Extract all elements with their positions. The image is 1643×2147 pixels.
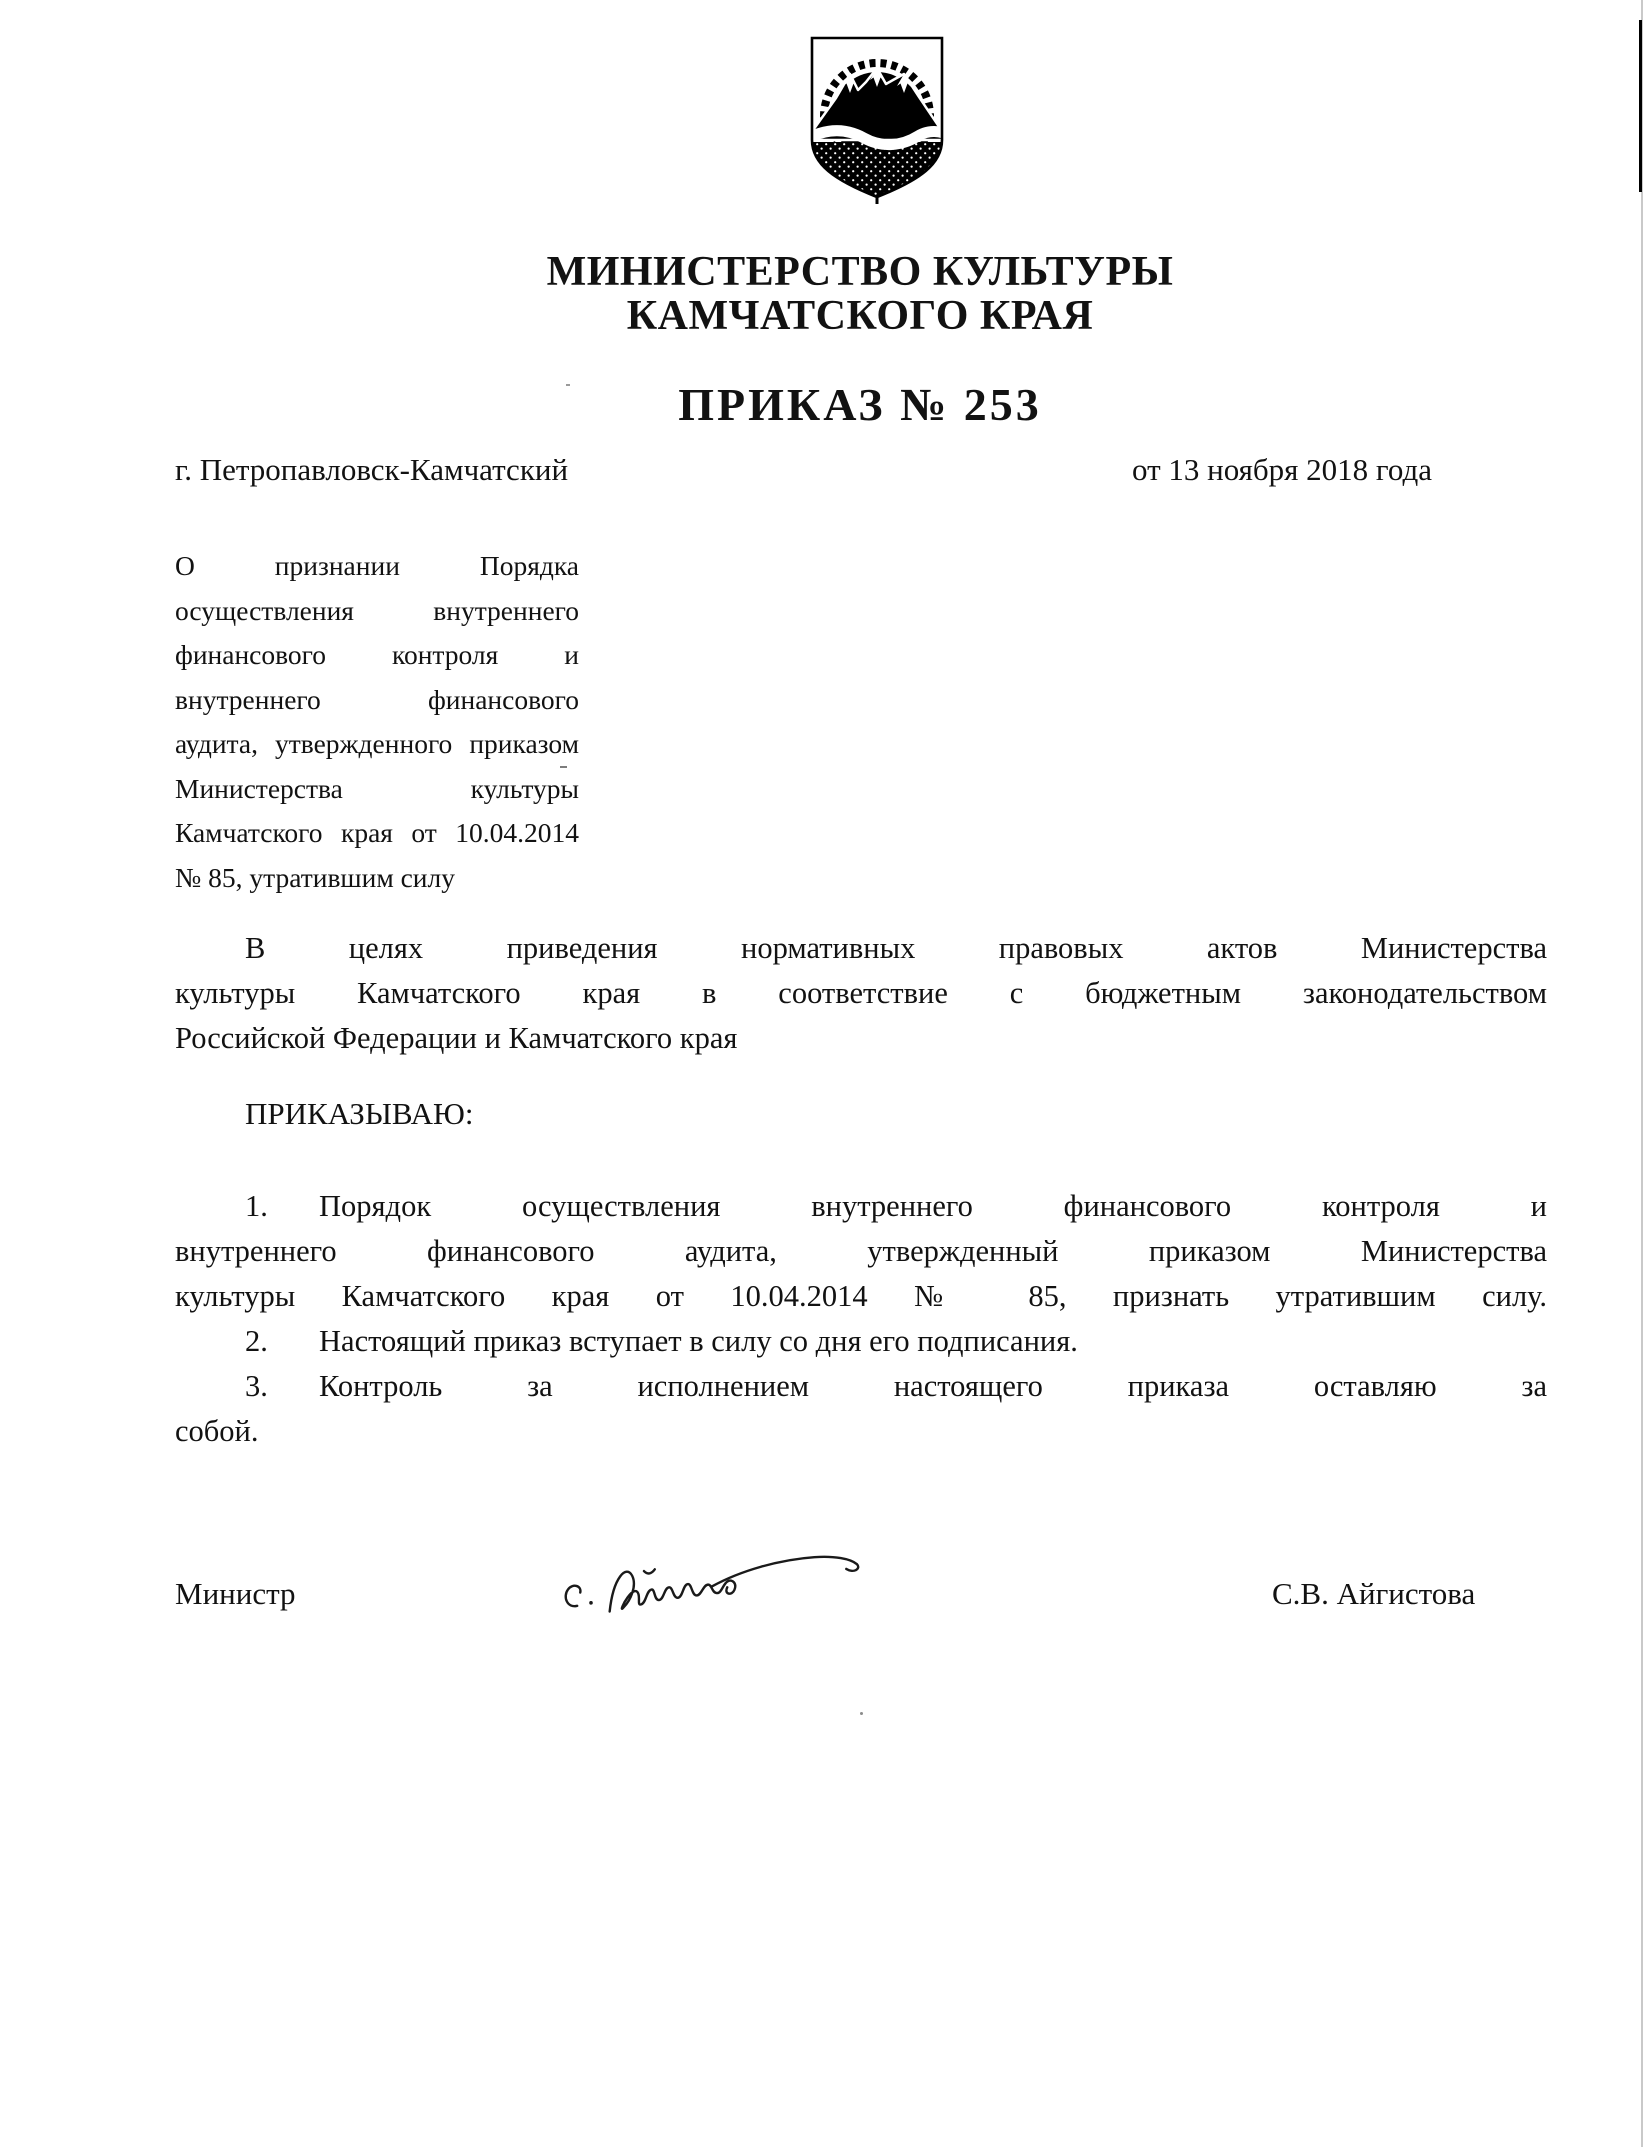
subject-line: осуществления внутреннего (175, 589, 579, 634)
signer-name: С.В. Айгистова (1272, 1576, 1475, 1612)
document-page: МИНИСТЕРСТВО КУЛЬТУРЫ КАМЧАТСКОГО КРАЯ П… (0, 0, 1643, 2147)
order-items: 1.Порядок осуществления внутреннего фина… (175, 1184, 1547, 1454)
handwritten-signature (549, 1521, 885, 1648)
item-number: 1. (245, 1184, 319, 1229)
issue-city: г. Петропавловск-Камчатский (175, 452, 568, 488)
scan-speck (860, 1712, 863, 1715)
order-item-2: 2.Настоящий приказ вступает в силу со дн… (175, 1319, 1547, 1364)
subject-line: Министерства культуры (175, 767, 579, 812)
ministry-title-line1: МИНИСТЕРСТВО КУЛЬТУРЫ (175, 250, 1545, 294)
order-subject: О признании Порядка осуществления внутре… (175, 544, 579, 900)
scan-speck (566, 384, 570, 386)
subject-line: аудита, утвержденного приказом (175, 722, 579, 767)
item-line: культуры Камчатского края от 10.04.2014 … (175, 1274, 1547, 1319)
issue-date: от 13 ноября 2018 года (1132, 452, 1432, 488)
item-number: 2. (245, 1319, 319, 1364)
preamble-line: Российской Федерации и Камчатского края (175, 1016, 1547, 1061)
item-text: Настоящий приказ вступает в силу со дня … (319, 1324, 1078, 1358)
item-line: собой. (175, 1409, 1547, 1454)
preamble-line: В целях приведения нормативных правовых … (175, 926, 1547, 971)
coat-of-arms-icon (806, 34, 948, 206)
order-title: ПРИКАЗ № 253 (175, 378, 1545, 431)
item-line: 3.Контроль за исполнением настоящего при… (175, 1364, 1547, 1409)
item-line: 1.Порядок осуществления внутреннего фина… (175, 1184, 1547, 1229)
scan-edge-line (1639, 20, 1642, 192)
subject-line: Камчатского края от 10.04.2014 (175, 811, 579, 856)
order-item-3: 3.Контроль за исполнением настоящего при… (175, 1364, 1547, 1454)
subject-line: № 85, утратившим силу (175, 856, 579, 901)
item-line: внутреннего финансового аудита, утвержде… (175, 1229, 1547, 1274)
item-text: Порядок осуществления внутреннего финанс… (319, 1189, 1547, 1223)
ministry-title-line2: КАМЧАТСКОГО КРАЯ (175, 294, 1545, 338)
order-item-1: 1.Порядок осуществления внутреннего фина… (175, 1184, 1547, 1319)
preamble-paragraph: В целях приведения нормативных правовых … (175, 926, 1547, 1061)
item-number: 3. (245, 1364, 319, 1409)
subject-line: финансового контроля и (175, 633, 579, 678)
order-word: ПРИКАЗЫВАЮ: (175, 1096, 1547, 1132)
preamble-line: культуры Камчатского края в соответствие… (175, 971, 1547, 1016)
scan-speck (560, 766, 567, 768)
subject-line: внутреннего финансового (175, 678, 579, 723)
item-line: 2.Настоящий приказ вступает в силу со дн… (175, 1319, 1547, 1364)
signer-position: Министр (175, 1576, 296, 1612)
item-text: Контроль за исполнением настоящего прика… (319, 1369, 1547, 1403)
ministry-title: МИНИСТЕРСТВО КУЛЬТУРЫ КАМЧАТСКОГО КРАЯ (175, 250, 1545, 338)
subject-line: О признании Порядка (175, 544, 579, 589)
